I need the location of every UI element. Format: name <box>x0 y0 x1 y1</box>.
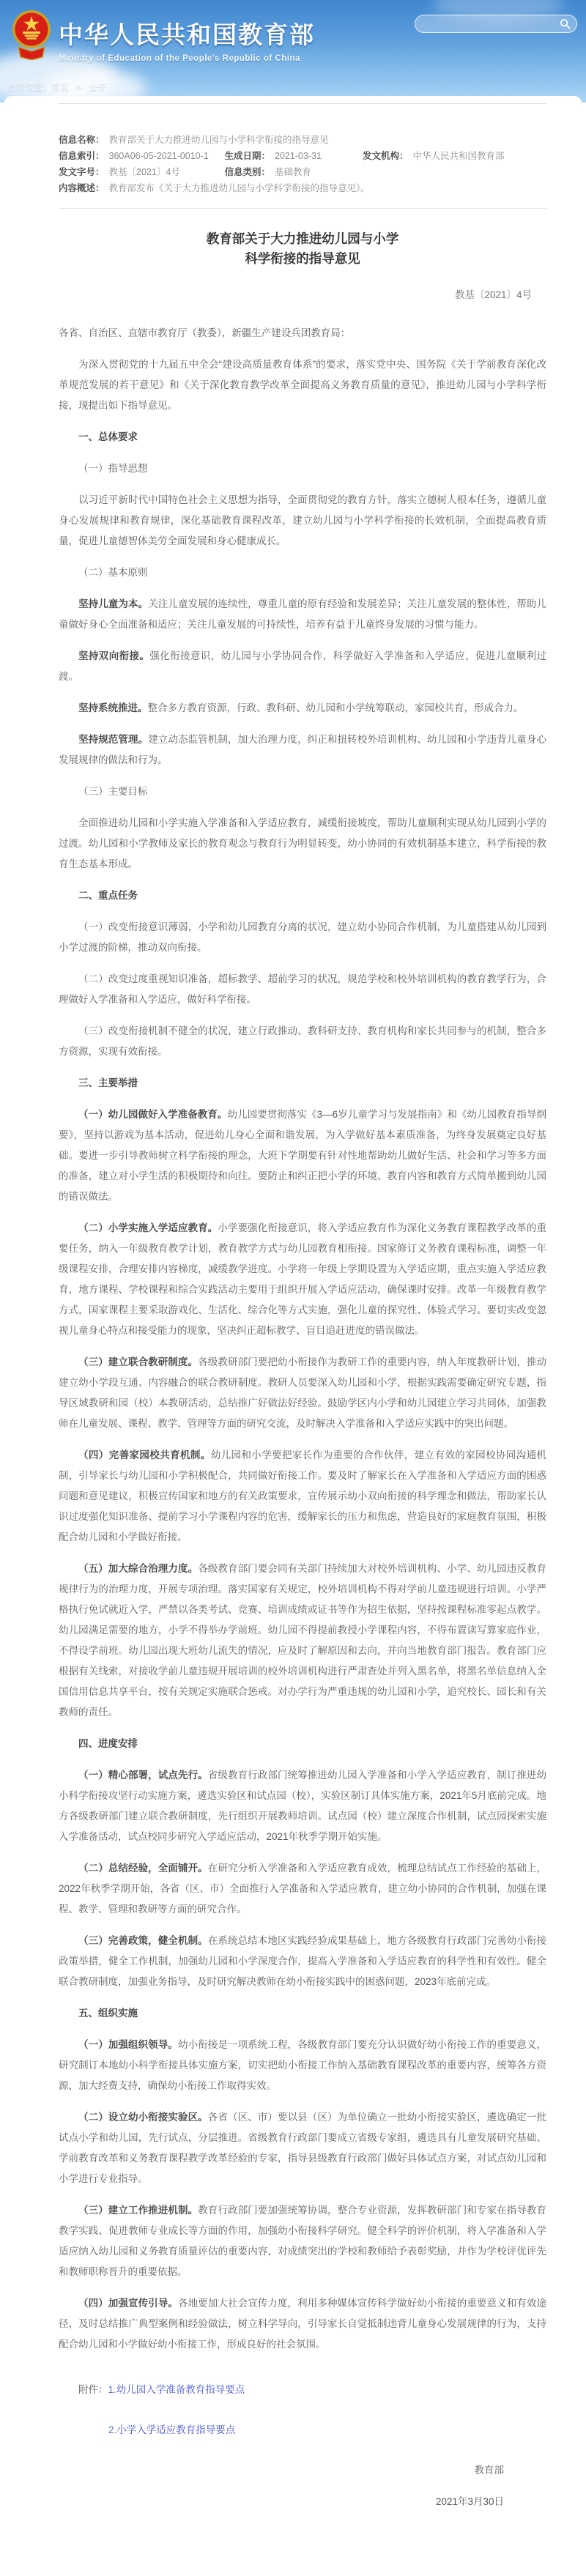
doc-paragraph: 坚持双向衔接。强化衔接意识，幼儿园与小学协同合作，科学做好入学准备和入学适应，促… <box>59 646 546 687</box>
paragraph-lead: 坚持规范管理。 <box>78 734 148 745</box>
doc-paragraph: （二）改变过度重视知识准备，超标教学、超前学习的状况，规范学校和校外培训机构的教… <box>59 969 546 1010</box>
paragraph-lead: 坚持双向衔接。 <box>78 650 149 661</box>
doc-paragraph: （二）基本原则 <box>59 563 546 583</box>
site-header: 中华人民共和国教育部 Ministry of Education of the … <box>0 0 586 103</box>
doc-paragraph: 坚持儿童为本。关注儿童发展的连续性，尊重儿童的原有经验和发展差异；关注儿童发展的… <box>59 594 546 635</box>
section-heading: 二、重点任务 <box>59 886 546 906</box>
meta-summary-value: 教育部发布《关于大力推进幼儿园与小学科学衔接的指导意见》。 <box>109 180 370 196</box>
paragraph-lead: 坚持儿童为本。 <box>78 598 148 609</box>
meta-row-name: 信息名称： 教育部关于大力推进幼儿园与小学科学衔接的指导意见 <box>59 132 546 148</box>
breadcrumb-section-link[interactable]: 公开 <box>89 82 106 92</box>
paragraph-lead: （四）加强宣传引导。 <box>78 2298 178 2309</box>
doc-paragraph: （三）建立工作推进机制。教育行政部门要加强统筹协调，整合专业资源，发挥教研部门和… <box>59 2200 546 2282</box>
page: 中华人民共和国教育部 Ministry of Education of the … <box>0 0 586 2576</box>
document-title: 教育部关于大力推进幼儿园与小学科学衔接的指导意见 <box>59 229 546 269</box>
doc-paragraph: （四）加强宣传引导。各地要加大社会宣传力度，利用多种媒体宣传科学做好幼小衔接的重… <box>59 2293 546 2355</box>
attachments-label: 附件： <box>78 2384 108 2395</box>
doc-paragraph: （一）改变衔接意识薄弱，小学和幼儿园教育分离的状况，建立幼小协同合作机制，为儿童… <box>59 917 546 958</box>
meta-docno-label: 发文字号： <box>59 164 105 180</box>
site-title: 中华人民共和国教育部 <box>59 16 315 51</box>
search-box[interactable] <box>415 15 577 33</box>
doc-paragraph: （三）改变衔接机制不健全的状况，建立行政推动、教科研支持、教育机构和家长共同参与… <box>59 1021 546 1062</box>
meta-agency-label: 发文机构： <box>363 148 409 164</box>
search-input[interactable] <box>424 17 560 31</box>
meta-date-label: 生成日期： <box>225 148 271 164</box>
paragraph-lead: （一）加强组织领导。 <box>78 2039 178 2050</box>
document-title-line1: 教育部关于大力推进幼儿园与小学 <box>207 231 399 246</box>
meta-name-value: 教育部关于大力推进幼儿园与小学科学衔接的指导意见 <box>109 132 329 148</box>
doc-paragraph: （二）设立幼小衔接实验区。各省（区、市）要以县（区）为单位确立一批幼小衔接实验区… <box>59 2107 546 2189</box>
paragraph-lead: （一）幼儿园做好入学准备教育。 <box>78 1109 228 1120</box>
document-title-line2: 科学衔接的指导意见 <box>245 251 360 266</box>
doc-paragraph: （一）幼儿园做好入学准备教育。幼儿园要贯彻落实《3—6岁儿童学习与发展指南》和《… <box>59 1105 546 1207</box>
meta-agency-value: 中华人民共和国教育部 <box>413 148 505 164</box>
meta-row-summary: 内容概述： 教育部发布《关于大力推进幼儿园与小学科学衔接的指导意见》。 <box>59 180 546 196</box>
paragraph-lead: （二）小学实施入学适应教育。 <box>78 1222 218 1233</box>
section-heading: 三、主要举措 <box>59 1073 546 1094</box>
doc-paragraph: 为深入贯彻党的十九届五中全会“建设高质量教育体系”的要求，落实党中央、国务院《关… <box>59 355 546 416</box>
meta-row-index: 信息索引： 360A06-05-2021-0010-1 生成日期： 2021-0… <box>59 148 546 164</box>
doc-paragraph: （一）加强组织领导。幼小衔接是一项系统工程，各级教育部门要充分认识做好幼小衔接工… <box>59 2035 546 2096</box>
meta-index-value: 360A06-05-2021-0010-1 <box>109 148 225 164</box>
meta-name-label: 信息名称： <box>59 132 105 148</box>
attachment-number: 1. <box>108 2384 116 2395</box>
paragraph-lead: （二）总结经验，全面铺开。 <box>78 1863 208 1874</box>
attachment-link-2[interactable]: 小学入学适应教育指导要点 <box>116 2424 235 2435</box>
meta-summary-label: 内容概述： <box>59 180 105 196</box>
attachments: 附件：1.幼儿园入学准备教育指导要点 2.小学入学适应教育指导要点 <box>59 2380 546 2440</box>
meta-docno-value: 教基〔2021〕4号 <box>109 164 225 180</box>
document-body: 各省、自治区、直辖市教育厅（教委），新疆生产建设兵团教育局：为深入贯彻党的十九届… <box>59 323 546 2355</box>
content-card: 信息名称： 教育部关于大力推进幼儿园与小学科学衔接的指导意见 信息索引： 360… <box>4 96 582 2576</box>
meta-category-value: 基础教育 <box>275 164 311 180</box>
paragraph-lead: （三）建立工作推进机制。 <box>78 2205 198 2216</box>
breadcrumb: 当前位置：首页>公开 <box>7 81 106 93</box>
breadcrumb-home-link[interactable]: 首页 <box>51 82 69 92</box>
doc-paragraph: （四）完善家园校共育机制。幼儿园和小学要把家长作为重要的合作伙伴，建立有效的家园… <box>59 1445 546 1548</box>
doc-paragraph: 全面推进幼儿园和小学实施入学准备和入学适应教育，减缓衔接坡度，帮助儿童顺利实现从… <box>59 813 546 875</box>
document-number: 教基〔2021〕4号 <box>59 285 546 305</box>
doc-paragraph: （三）建立联合教研制度。各级教研部门要把幼小衔接作为教研工作的重要内容，纳入年度… <box>59 1352 546 1434</box>
doc-paragraph: （五）加大综合治理力度。各级教育部门要会同有关部门持续加大对校外培训机构、小学、… <box>59 1559 546 1723</box>
doc-paragraph: （三）完善政策，健全机制。在系统总结本地区实践经验成果基础上，地方各级教育行政部… <box>59 1931 546 1992</box>
section-heading: 一、总体要求 <box>59 427 546 448</box>
doc-paragraph: （一）指导思想 <box>59 459 546 479</box>
doc-paragraph: 坚持规范管理。建立动态监管机制，加大治理力度，纠正和扭转校外培训机构、幼儿园和小… <box>59 730 546 771</box>
section-heading: 四、进度安排 <box>59 1734 546 1754</box>
section-heading: 五、组织实施 <box>59 2003 546 2024</box>
meta-date-value: 2021-03-31 <box>275 148 363 164</box>
doc-paragraph: 各省、自治区、直辖市教育厅（教委），新疆生产建设兵团教育局： <box>59 323 546 344</box>
search-icon[interactable] <box>560 18 571 29</box>
meta-index-label: 信息索引： <box>59 148 105 164</box>
attachment-item: 附件：1.幼儿园入学准备教育指导要点 <box>59 2380 546 2400</box>
paragraph-lead: （五）加大综合治理力度。 <box>78 1563 198 1574</box>
signature-date: 2021年3月30日 <box>59 2492 504 2512</box>
document-metadata: 信息名称： 教育部关于大力推进幼儿园与小学科学衔接的指导意见 信息索引： 360… <box>59 103 546 209</box>
site-subtitle-english: Ministry of Education of the People's Re… <box>59 54 315 63</box>
paragraph-lead: （三）完善政策，健全机制。 <box>78 1935 208 1946</box>
doc-paragraph: （二）小学实施入学适应教育。小学要强化衔接意识，将入学适应教育作为深化义务教育课… <box>59 1218 546 1341</box>
paragraph-lead: 坚持系统推进。 <box>78 702 148 713</box>
attachment-number: 2. <box>108 2424 116 2435</box>
signature-block: 教育部 2021年3月30日 <box>59 2460 546 2512</box>
doc-paragraph: （二）总结经验，全面铺开。在研究分析入学准备和入学适应教育成效，梳理总结试点工作… <box>59 1858 546 1920</box>
national-emblem-icon <box>12 7 51 60</box>
breadcrumb-label: 当前位置： <box>7 82 51 92</box>
doc-paragraph: 坚持系统推进。整合多方教育资源，行政、教科研、幼儿园和小学统筹联动，家园校共育，… <box>59 698 546 719</box>
signature-agency: 教育部 <box>59 2460 504 2481</box>
paragraph-lead: （二）设立幼小衔接实验区。 <box>78 2112 208 2123</box>
site-brand: 中华人民共和国教育部 Ministry of Education of the … <box>59 16 315 63</box>
attachment-link-1[interactable]: 幼儿园入学准备教育指导要点 <box>116 2384 245 2395</box>
meta-category-label: 信息类别： <box>225 164 271 180</box>
paragraph-lead: （一）精心部署，试点先行。 <box>78 1770 208 1781</box>
doc-paragraph: （三）主要目标 <box>59 782 546 802</box>
doc-paragraph: 以习近平新时代中国特色社会主义思想为指导，全面贯彻党的教育方针，落实立德树人根本… <box>59 490 546 552</box>
breadcrumb-separator: > <box>76 82 81 92</box>
attachment-item: 2.小学入学适应教育指导要点 <box>59 2420 546 2440</box>
meta-row-docno: 发文字号： 教基〔2021〕4号 信息类别： 基础教育 <box>59 164 546 180</box>
paragraph-lead: （三）建立联合教研制度。 <box>78 1356 198 1367</box>
paragraph-lead: （四）完善家园校共育机制。 <box>78 1450 211 1460</box>
doc-paragraph: （一）精心部署，试点先行。省级教育行政部门统筹推进幼儿园入学准备和小学入学适应教… <box>59 1765 546 1847</box>
